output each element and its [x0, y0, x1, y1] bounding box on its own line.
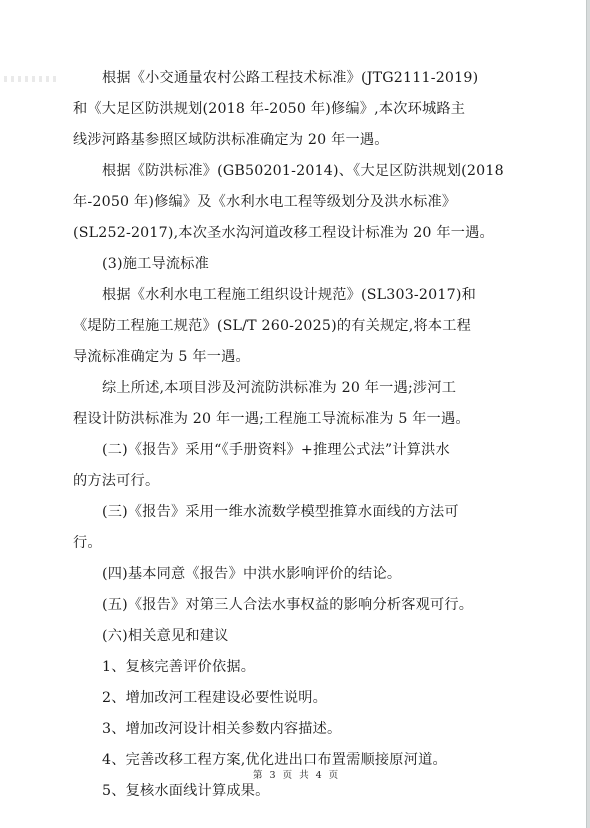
text-line: (五)《报告》对第三人合法水事权益的影响分析客观可行。	[102, 595, 473, 615]
text-line: 根据《水利水电工程施工组织设计规范》(SL303-2017)和	[102, 285, 476, 305]
text-line: 5、复核水面线计算成果。	[102, 781, 270, 801]
text-line: 2、增加改河工程建设必要性说明。	[102, 688, 327, 708]
text-line: (四)基本同意《报告》中洪水影响评价的结论。	[102, 564, 401, 584]
text-line: 根据《小交通量农村公路工程技术标准》(JTG2111-2019)	[102, 68, 478, 88]
text-line: 程设计防洪标准为 20 年一遇;工程施工导流标准为 5 年一遇。	[73, 409, 470, 429]
text-line: 《堤防工程施工规范》(SL/T 260-2025)的有关规定,将本工程	[73, 316, 471, 336]
text-line: 综上所述,本项目涉及河流防洪标准为 20 年一遇;涉河工	[102, 378, 456, 398]
page-edge-divider	[586, 0, 590, 828]
text-line: 年-2050 年)修编》及《水利水电工程等级划分及洪水标准》	[73, 192, 456, 212]
text-line: 根据《防洪标准》(GB50201-2014)、《大足区防洪规划(2018	[102, 161, 504, 181]
text-line: (3)施工导流标准	[102, 254, 209, 274]
text-line: 的方法可行。	[73, 471, 159, 491]
page-number-footer: 第 3 页 共 4 页	[253, 767, 340, 781]
text-line: 3、增加改河设计相关参数内容描述。	[102, 719, 341, 739]
text-line: 导流标准确定为 5 年一遇。	[73, 347, 250, 367]
text-line: 线涉河路基参照区域防洪标准确定为 20 年一遇。	[73, 130, 389, 150]
text-line: (SL252-2017),本次圣水沟河道改移工程设计标准为 20 年一遇。	[73, 223, 494, 243]
text-line: (三)《报告》采用一维水流数学模型推算水面线的方法可	[102, 502, 459, 522]
text-line: 1、复核完善评价依据。	[102, 657, 255, 677]
scan-artifact	[4, 76, 56, 82]
text-line: (二)《报告》采用“《手册资料》+推理公式法”计算洪水	[102, 440, 450, 460]
text-line: 行。	[73, 533, 102, 553]
text-line: (六)相关意见和建议	[102, 626, 229, 646]
text-line: 和《大足区防洪规划(2018 年-2050 年)修编》,本次环城路主	[73, 99, 465, 119]
